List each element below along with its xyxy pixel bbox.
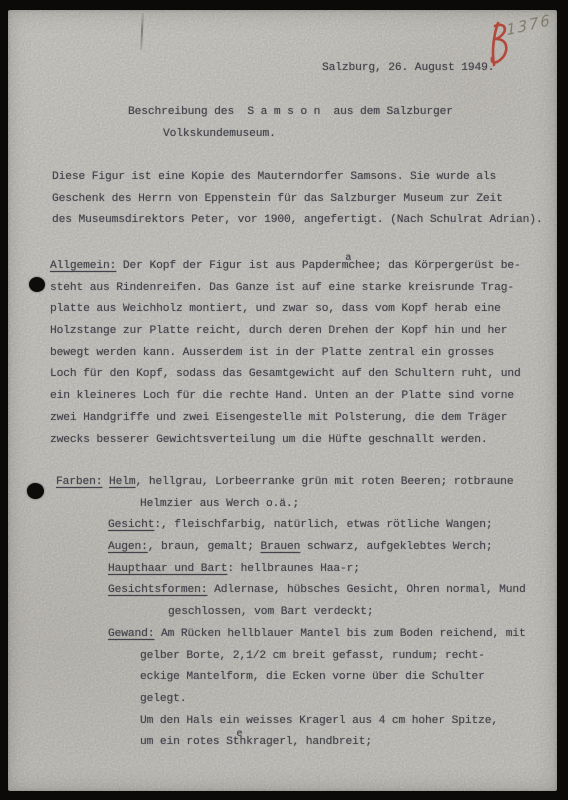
text-line: Geschenk des Herrn von Eppenstein für da…: [52, 189, 543, 211]
text-segment: Beschreibung des: [128, 106, 247, 118]
text-segment: zwei Handgriffe und zwei Eisengestelle m…: [50, 412, 507, 424]
text-line: Helmzier aus Werch o.ä.;: [140, 494, 526, 516]
text-segment: hkragerl, handbreit;: [239, 736, 372, 748]
text-line: Gesicht:, fleischfarbig, natürlich, etwa…: [108, 515, 526, 537]
document-title: Beschreibung des S a m s o n aus dem Sal…: [128, 102, 453, 145]
allgemein-paragraph: Allgemein: Der Kopf der Figur ist aus Pa…: [50, 256, 521, 451]
underlined-label: Helm: [109, 476, 136, 488]
text-segment: chee; das Körpergerüst be-: [348, 260, 520, 272]
text-line: Farben: Helm, hellgrau, Lorbeerranke grü…: [56, 472, 526, 494]
underlined-label: Allgemein:: [50, 260, 116, 272]
text-segment: Am Rücken hellblauer Mantel bis zum Bode…: [154, 628, 525, 640]
text-line: gelber Borte, 2,1/2 cm breit gefasst, ru…: [140, 646, 526, 668]
text-line: Holzstange zur Platte reicht, durch dere…: [50, 321, 521, 343]
text-line: Loch für den Kopf, sodass das Gesamtgewi…: [50, 364, 521, 386]
text-segment: Adlernase, hübsches Gesicht, Ohren norma…: [207, 584, 525, 596]
text-line: ein kleineres Loch für die rechte Hand. …: [50, 386, 521, 408]
text-segment: Loch für den Kopf, sodass das Gesamtgewi…: [50, 368, 521, 380]
underlined-label: Gesicht: [108, 519, 154, 531]
text-segment: des Museumsdirektors Peter, vor 1900, an…: [52, 214, 543, 226]
text-line: Allgemein: Der Kopf der Figur ist aus Pa…: [50, 256, 521, 278]
text-line: Diese Figur ist eine Kopie des Mauterndo…: [52, 167, 543, 189]
text-segment: Salzburg, 26. August 1949.: [322, 62, 494, 74]
text-line: steht aus Rindenreifen. Das Ganze ist au…: [50, 278, 521, 300]
text-line: Salzburg, 26. August 1949.: [322, 58, 494, 80]
typewritten-text-layer: Salzburg, 26. August 1949.Beschreibung d…: [0, 0, 568, 800]
text-segment: Helmzier aus Werch o.ä.;: [140, 498, 299, 510]
underlined-label: Haupthaar und Bart: [108, 563, 227, 575]
text-segment: , braun, gemalt;: [148, 541, 261, 553]
text-segment: Der Kopf der Figur ist aus Papderm: [116, 260, 348, 272]
text-line: zwecks besserer Gewichtsverteilung um di…: [50, 430, 521, 452]
text-segment: Volkskundemuseum.: [163, 128, 276, 140]
text-segment: :, fleischfarbig, natürlich, etwas rötli…: [154, 519, 492, 531]
text-segment: platte aus Weichholz montiert, und zwar …: [50, 303, 501, 315]
text-line: geschlossen, vom Bart verdeckt;: [168, 602, 526, 624]
intro-paragraph: Diese Figur ist eine Kopie des Mauterndo…: [52, 167, 543, 232]
text-segment: geschlossen, vom Bart verdeckt;: [168, 606, 374, 618]
text-line: eckige Mantelform, die Ecken vorne über …: [140, 667, 526, 689]
text-segment: gelber Borte, 2,1/2 cm breit gefasst, ru…: [140, 650, 485, 662]
date-line: Salzburg, 26. August 1949.: [322, 58, 494, 80]
text-segment: gelegt.: [140, 693, 186, 705]
text-line: Um den Hals ein weisses Kragerl aus 4 cm…: [140, 711, 526, 733]
text-segment: Holzstange zur Platte reicht, durch dere…: [50, 325, 507, 337]
text-line: Augen:, braun, gemalt; Brauen schwarz, a…: [108, 537, 526, 559]
text-line: des Museumsdirektors Peter, vor 1900, an…: [52, 210, 543, 232]
text-segment: bewegt werden kann. Ausserdem ist in der…: [50, 347, 494, 359]
text-segment: Diese Figur ist eine Kopie des Mauterndo…: [52, 171, 496, 183]
text-line: bewegt werden kann. Ausserdem ist in der…: [50, 343, 521, 365]
text-segment: Um den Hals ein weisses Kragerl aus 4 cm…: [140, 715, 498, 727]
underlined-label: Gewand:: [108, 628, 154, 640]
text-line: Haupthaar und Bart: hellbraunes Haa-r;: [108, 559, 526, 581]
underlined-label: Brauen: [260, 541, 300, 553]
text-line: Beschreibung des S a m s o n aus dem Sal…: [128, 102, 453, 124]
underlined-label: Farben:: [56, 476, 102, 488]
text-line: Gewand: Am Rücken hellblauer Mantel bis …: [108, 624, 526, 646]
text-line: Gesichtsformen: Adlernase, hübsches Gesi…: [108, 580, 526, 602]
text-segment: : hellbraunes Haa-r;: [227, 563, 360, 575]
text-segment: ein kleineres Loch für die rechte Hand. …: [50, 390, 514, 402]
text-segment: aus dem Salzburger: [320, 106, 453, 118]
text-segment: , hellgrau, Lorbeerranke grün mit roten …: [136, 476, 514, 488]
scan-photo: { "scan": { "background_color": "#0b0a09…: [0, 0, 568, 800]
text-segment: zwecks besserer Gewichtsverteilung um di…: [50, 434, 488, 446]
text-segment: eckige Mantelform, die Ecken vorne über …: [140, 671, 485, 683]
text-segment: schwarz, aufgeklebtes Werch;: [300, 541, 492, 553]
text-line: platte aus Weichholz montiert, und zwar …: [50, 299, 521, 321]
text-segment: um ein rotes St: [140, 736, 239, 748]
text-line: zwei Handgriffe und zwei Eisengestelle m…: [50, 408, 521, 430]
text-line: gelegt.: [140, 689, 526, 711]
text-line: um ein rotes Stehkragerl, handbreit;: [140, 732, 526, 754]
text-segment: Geschenk des Herrn von Eppenstein für da…: [52, 193, 503, 205]
text-line: Volkskundemuseum.: [163, 124, 453, 146]
underlined-label: Augen:: [108, 541, 148, 553]
underlined-label: Gesichtsformen:: [108, 584, 207, 596]
text-segment: steht aus Rindenreifen. Das Ganze ist au…: [50, 282, 514, 294]
text-segment: S a m s o n: [247, 106, 320, 118]
farben-section: Farben: Helm, hellgrau, Lorbeerranke grü…: [56, 472, 526, 754]
